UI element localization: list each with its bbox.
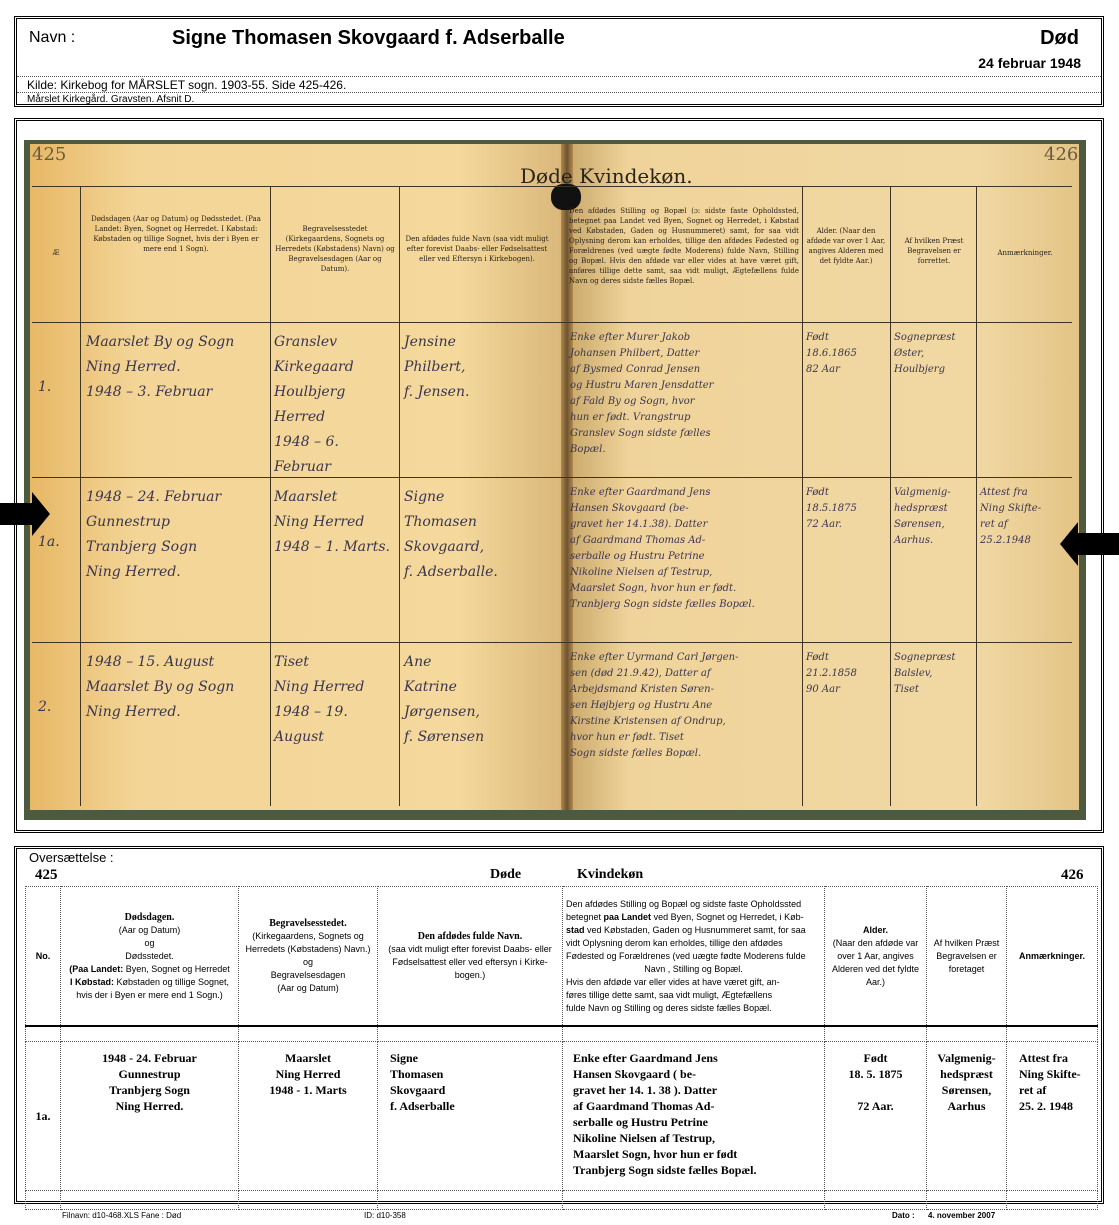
entry-death: 1948 - 24. FebruarGunnestrupTranbjerg So… bbox=[61, 1042, 239, 1191]
grave-line: Mårslet Kirkegård. Gravsten. Afsnit D. bbox=[27, 94, 194, 105]
entry-priest: Valgmenig-hedspræstSørensen,Aarhus bbox=[927, 1042, 1007, 1191]
rule bbox=[80, 186, 81, 806]
ledger-cell-burial: MaarsletNing Herred1948 – 1. Marts. bbox=[274, 485, 398, 560]
ledger-col-header: Begravelsesstedet (Kirkegaardens, Sognet… bbox=[274, 224, 396, 274]
ledger-photo: 425 426 Døde Kvindekøn. Æ Dødsdagen (Aar… bbox=[24, 140, 1086, 820]
ledger-cell-no: 1. bbox=[38, 375, 78, 400]
ledger-cell-death: Maarslet By og SognNing Herred.1948 – 3.… bbox=[86, 330, 268, 405]
entry-no: 1a. bbox=[26, 1042, 61, 1191]
ledger-cell-priest: Valgmenig-hedspræstSørensen,Aarhus. bbox=[894, 485, 976, 549]
rule bbox=[32, 186, 1072, 187]
ledger-page-number-left: 425 bbox=[32, 144, 66, 165]
ledger-col-header: Den afdødes Stilling og Bopæl (ɔ: sidste… bbox=[569, 206, 799, 286]
col-notes: Anmærkninger. bbox=[1007, 887, 1098, 1027]
spacer-row bbox=[26, 1191, 1098, 1210]
entry-age: Født18. 5. 1875 72 Aar. bbox=[825, 1042, 927, 1191]
rule bbox=[270, 186, 271, 806]
rule bbox=[802, 186, 803, 806]
translation-title-a: Døde bbox=[490, 867, 521, 883]
source-line: Kilde: Kirkebog for MÅRSLET sogn. 1903-5… bbox=[27, 78, 346, 92]
ledger-title: Døde Kvindekøn. bbox=[520, 164, 693, 188]
rule bbox=[32, 642, 1072, 643]
ledger-cell-name: AneKatrineJørgensen,f. Sørensen bbox=[404, 650, 554, 750]
ledger-col-header: Æ bbox=[34, 248, 78, 258]
ledger-col-header: Af hvilken Præst Begravelsen er forrette… bbox=[894, 236, 974, 266]
person-name: Signe Thomasen Skovgaard f. Adserballe bbox=[172, 27, 565, 50]
footer-id: ID: d10-358 bbox=[364, 1211, 406, 1220]
col-no: No. bbox=[26, 887, 61, 1027]
translation-title-b: Kvindekøn bbox=[577, 867, 643, 883]
rule bbox=[399, 186, 400, 806]
col-status: Den afdødes Stilling og Bopæl og sidste … bbox=[563, 887, 825, 1027]
translation-section: Oversættelse : 425 Døde Kvindekøn 426 No… bbox=[14, 846, 1104, 1204]
event-date: 24 februar 1948 bbox=[978, 55, 1081, 71]
ledger-col-header: Alder. (Naar den afdøde var over 1 Aar, … bbox=[806, 226, 886, 266]
record-header: Navn : Signe Thomasen Skovgaard f. Adser… bbox=[14, 16, 1104, 107]
translation-page-right: 426 bbox=[1061, 867, 1084, 884]
ledger-col-header: Anmærkninger. bbox=[980, 248, 1070, 258]
translation-table: No. Dødsdagen. (Aar og Datum) og Dødsste… bbox=[25, 886, 1098, 1210]
col-death: Dødsdagen. (Aar og Datum) og Dødsstedet.… bbox=[61, 887, 239, 1027]
ledger-cell-burial: TisetNing Herred1948 – 19. August bbox=[274, 650, 398, 750]
translation-page-left: 425 bbox=[35, 867, 58, 884]
ledger-cell-death: 1948 – 24. FebruarGunnestrupTranbjerg So… bbox=[86, 485, 268, 585]
rule bbox=[890, 186, 891, 806]
ledger-cell-status: Enke efter Murer JakobJohansen Philbert,… bbox=[570, 330, 800, 458]
entry-status: Enke efter Gaardmand JensHansen Skovgaar… bbox=[563, 1042, 825, 1191]
ledger-cell-name: SigneThomasenSkovgaard,f. Adserballe. bbox=[404, 485, 554, 585]
ledger-cell-age: Født21.2.185890 Aar bbox=[806, 650, 888, 698]
translation-label: Oversættelse : bbox=[29, 850, 114, 865]
ledger-col-header: Den afdødes fulde Navn (saa vidt muligt … bbox=[402, 234, 552, 264]
col-burial: Begravelsesstedet. (Kirkegaardens, Sogne… bbox=[239, 887, 378, 1027]
ledger-cell-status: Enke efter Gaardmand JensHansen Skovgaar… bbox=[570, 485, 800, 613]
ledger-col-header: Dødsdagen (Aar og Datum) og Dødsstedet. … bbox=[86, 214, 266, 254]
name-label: Navn : bbox=[29, 29, 75, 47]
entry-name: SigneThomasenSkovgaardf. Adserballe bbox=[378, 1042, 563, 1191]
ledger-cell-name: JensinePhilbert,f. Jensen. bbox=[404, 330, 554, 405]
rule bbox=[32, 477, 1072, 478]
ledger-cell-priest: SognepræstBalslev,Tiset bbox=[894, 650, 976, 698]
rule bbox=[32, 322, 1072, 323]
ledger-cell-status: Enke efter Uyrmand Carl Jørgen-sen (død … bbox=[570, 650, 800, 762]
footer-filename: Filnavn: d10-468.XLS Fane : Død bbox=[62, 1211, 181, 1220]
col-name: Den afdødes fulde Navn. (saa vidt muligt… bbox=[378, 887, 563, 1027]
footer-date-value: 4. november 2007 bbox=[928, 1211, 995, 1220]
event-type: Død bbox=[1040, 27, 1079, 50]
table-row: 1a. 1948 - 24. FebruarGunnestrupTranbjer… bbox=[26, 1042, 1098, 1191]
divider bbox=[17, 76, 1101, 77]
entry-burial: MaarsletNing Herred1948 - 1. Marts bbox=[239, 1042, 378, 1191]
divider bbox=[17, 92, 1101, 93]
col-age: Alder. (Naar den afdøde var over 1 Aar, … bbox=[825, 887, 927, 1027]
ledger-cell-no: 2. bbox=[38, 695, 78, 720]
ledger-cell-age: Født18.6.186582 Aar bbox=[806, 330, 888, 378]
ledger-cell-notes: Attest fraNing Skifte-ret af25.2.1948 bbox=[980, 485, 1072, 549]
footer-date-label: Dato : bbox=[892, 1211, 915, 1220]
spacer-row bbox=[26, 1026, 1098, 1042]
translation-header-row: No. Dødsdagen. (Aar og Datum) og Dødsste… bbox=[26, 887, 1098, 1027]
ledger-cell-burial: GranslevKirkegaardHoulbjerg Herred1948 –… bbox=[274, 330, 398, 480]
entry-notes: Attest fraNing Skifte-ret af 25. 2. 1948 bbox=[1007, 1042, 1098, 1191]
ledger-page-number-right: 426 bbox=[1044, 144, 1078, 165]
ledger-cell-death: 1948 – 15. AugustMaarslet By og SognNing… bbox=[86, 650, 268, 725]
rule bbox=[976, 186, 977, 806]
ledger-cell-age: Født18.5.187572 Aar. bbox=[806, 485, 888, 533]
ledger-cell-priest: SognepræstØster,Houlbjerg bbox=[894, 330, 976, 378]
col-priest: Af hvilken Præst Begravelsen er foretage… bbox=[927, 887, 1007, 1027]
